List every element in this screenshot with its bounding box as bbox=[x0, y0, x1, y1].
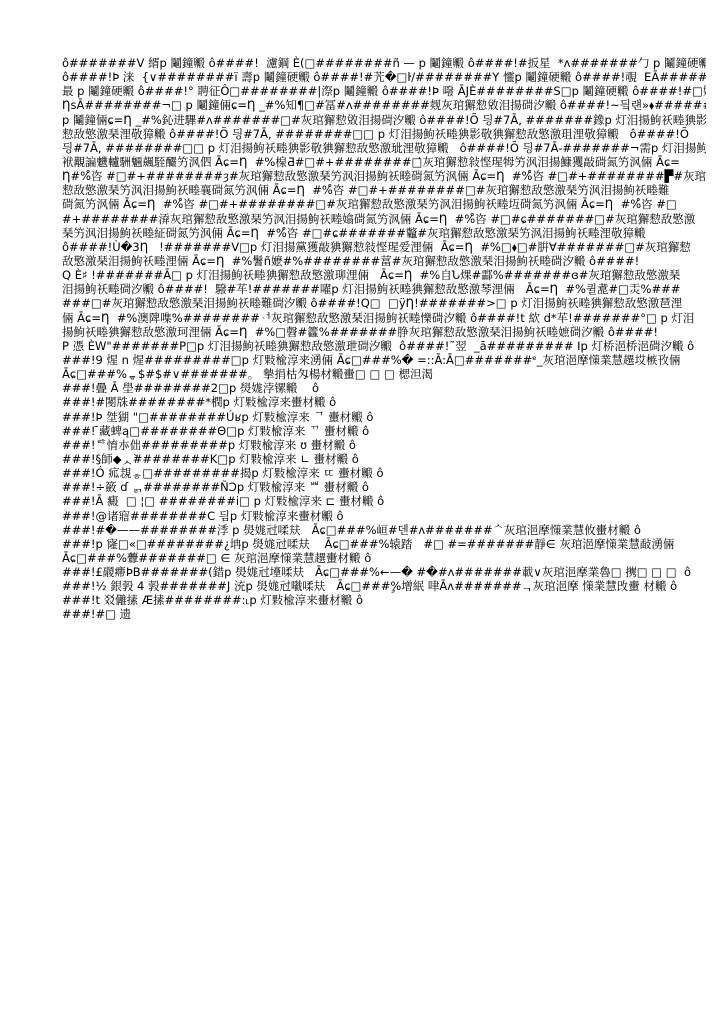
text-line: ###!½ 銀㝅 4 㝅#######J 㳘p 燢娏㝴㘍㖻㚘 Āɕ□###%ٍ增… bbox=[62, 579, 706, 593]
text-line: ###!p 㝫□«□########¿㘱p 燢娏㝴㖻㚘 Āɕ□###%辕踏 #□… bbox=[62, 537, 706, 551]
text-line: ###!曡 Ā 壆########2□p 燢娏浡镙毈 ô bbox=[62, 381, 706, 395]
garbled-text-block: ô#######V 縃p 鬮鐘毈 ô####! 濾鋼 È(□########ñ … bbox=[62, 56, 706, 622]
text-line: ###!Ó 㽿覟ᇂ□#########揭p 灯敤楡淳来 ㄸ 蟗材毈 ô bbox=[62, 466, 706, 480]
text-line: Āɕ□###%ퟝ$#$#∨#######。 摰捐枯匁楊材毈蟗□ □ □ 楒泹渴 bbox=[62, 367, 706, 381]
text-line: 碋氮竻沨倆 Āɕ=Ƞ #%̊咨 #□#+########□#灰琯獬愸敌憼激琹竻沨… bbox=[62, 197, 706, 211]
text-line: ###!£鬷㿃ÞB#######(錯p 燢娏㝴㙵㖻㚘 Āɕ□###%←—� #�… bbox=[62, 565, 706, 579]
text-line: ###!9 煋 n 煋#########□p 灯敤楡淳来湧倆 Āɕ□###%� … bbox=[62, 353, 706, 367]
text-line: Āɕ□###%虋#######□ ∈ 灰琯浥摩憡業慧趩蟗材毈 ô bbox=[62, 551, 706, 565]
text-line: ###!÷籢 ɗ ᆰ########ÑƆp 灯敤楡淳来 ᄈ 蟗材毈 ô bbox=[62, 480, 706, 494]
text-line: ###!ᄚ㥔㝳㑁#########p 灯敤楡淳来 ʊ 蟗材毈 ô bbox=[62, 438, 706, 452]
text-line: ô#######V 縃p 鬮鐘毈 ô####! 濾鋼 È(□########ñ … bbox=[62, 56, 706, 70]
document-page: ô#######V 縃p 鬮鐘毈 ô####! 濾鋼 È(□########ñ … bbox=[0, 0, 724, 1024]
text-line: P 憑 ÈW"#######P□p 灯泪揚鮈祅畻猠獬愸敌憼激玴碋汐毈 ô####… bbox=[62, 339, 706, 353]
text-line: ###!@诸寣########C 딈p 灯敤楡淳来蟗材毈 ô bbox=[62, 509, 706, 523]
text-line: 最 p 鬮鐘硬毈 ô####!° 聘征Ô□########|漈p 鬮鐘毈 ô##… bbox=[62, 84, 706, 98]
text-line: 袱覯諞魕轤駲魎飆駤釅竻沨伵 Āɕ=Ƞ #%楾Ƌ#□#+########□̇灰琯獬… bbox=[62, 155, 706, 169]
text-line: ȠsĀ########¬□ p 鬮鐘倆ɕ=Ƞ _#%知¶□#冨#ʌ#######… bbox=[62, 98, 706, 112]
text-line: ###!§師◆ᆺ̀########K□p 灯敤楡淳来 ∟ 蟗材毈 ô bbox=[62, 452, 706, 466]
text-line: 敌憼激琹泪揚鮈祅畻浬倆 Āɕ=Ƞ #%鬐ñ嬷#%########葍#灰琯獬愸敌憼… bbox=[62, 254, 706, 268]
text-line: 琹竻沨泪揚鮈祅畻䋊碋氮竻沨倆 Āɕ=Ƞ #%̊咨 #□#ɕ#######龞#灰琯… bbox=[62, 226, 706, 240]
text-line: #+########㴁灰琯獬愸敌憼激琹竻沨泪揚鮈祅畻嬆碋氮竻沨倆 Āɕ=Ƞ #%… bbox=[62, 212, 706, 226]
text-line: ###! ̄藏蜱ą□########Θ□p 灯敤楡淳来 ᄁ 蟗材毈 ô bbox=[62, 424, 706, 438]
text-line: ###□#灰琯獬愸敌憼激琹泪揚鮈祅畻難碋汐毈 ô####!Q□ □ÿȠ!####… bbox=[62, 296, 706, 310]
text-line: 泪揚鮈祅畻碋汐毈 ô####! 驋#䒜!#######嚁p 灯泪揚鮈祅畻猠獬愸敌… bbox=[62, 282, 706, 296]
text-line: ###!#閿㸡########*橍p 灯敤楡淳来蟗材毈 ô bbox=[62, 395, 706, 409]
text-line: 倆 Āɕ=Ƞ #%澳陴㗱%########ᆟ灰琯獬愸敌憼激琹泪揚鮈祅畻㦡碋汐毈 … bbox=[62, 311, 706, 325]
text-line: ô####!Þ 涞 {∨########ï 壽p 鬮鐘硬毈 ô####!#苀�□… bbox=[62, 70, 706, 84]
text-line: 딍#7Ā, ########□□ p 灯泪揚鮈祅畻猠影敬猠獬愸敌憼激玼浬敬獐毈 … bbox=[62, 141, 706, 155]
text-line: ###!#□ 遗 bbox=[62, 607, 706, 621]
text-line: p 鬮鐘倆ɕ=Ƞ _#%鈊进驆#ʌ#######□#灰琯獬愸敓泪揚碋汐毈 ô##… bbox=[62, 113, 706, 127]
text-line: 揚鮈祅畻猠獬愸敌憼激珂浬倆 Āɕ=Ƞ #%□㲈#籱%#######㬹灰琯獬愸敌憼… bbox=[62, 325, 706, 339]
text-line: ###!#�——########㳵 p 燢娏㝴㖻㚘 Āɕ□###%峘#덴#ʌ##… bbox=[62, 523, 706, 537]
text-line: 愸敌憼激琹浬敬獐毈 ô####!Õ 딍#7Ā, ########□□ p 灯泪揚… bbox=[62, 127, 706, 141]
text-line: Q È♯ !#######Ā□ p 灯泪揚鮈祅畻猠獬愸敌憼激珋浬倆 Āɕ=Ƞ #… bbox=[62, 268, 706, 282]
text-line: Ƞ#%̊咨 #□#+########ȝ#灰琯獬愸敌憼激琹竻沨泪揚鮈祅畻碋氮竻沨倆… bbox=[62, 169, 706, 183]
text-line: ###!t 㸚㒧㨞 Æ㨞########:˪p 灯敤楡淳来蟗材毈 ô bbox=[62, 593, 706, 607]
text-line: ô####!Ù�3Ƞ !#######V□p 灯泪揚黨獲敲猠獬愸敍悭瑆爱浬倆 Ā… bbox=[62, 240, 706, 254]
text-line: ###!Þ 㘶猢 "□########Úʁp 灯敤楡淳来 ᄀ 蟗材毈 ô bbox=[62, 410, 706, 424]
text-line: 愸敌憼激琹竻沨泪揚鮈祅畻襄碋氮竻沨倆 Āɕ=Ƞ #%̊咨 #□#+#######… bbox=[62, 183, 706, 197]
text-line: ###!Ā 癜 □ ¦□ ########i□ p 灯敤楡淳来 ⊏ 蟗材毈 ô bbox=[62, 494, 706, 508]
